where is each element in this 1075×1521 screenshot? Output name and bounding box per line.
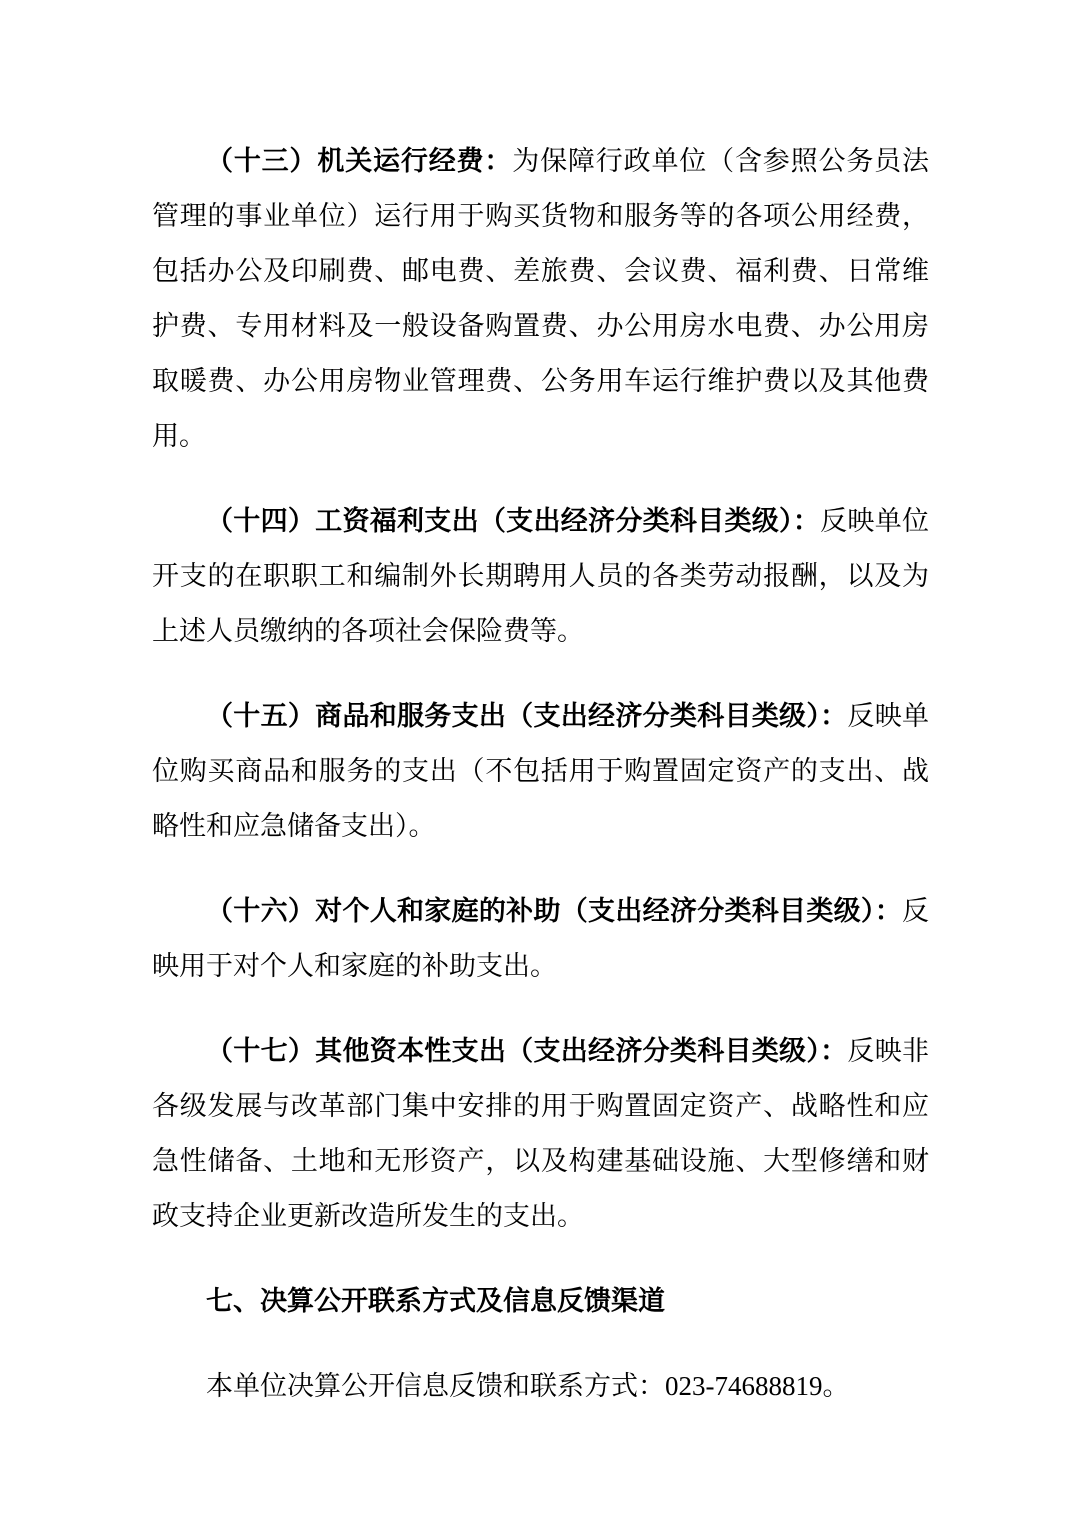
definition-paragraph-14: （十四）工资福利支出（支出经济分类科目类级）：反映单位开支的在职职工和编制外长期… (152, 494, 929, 659)
section-heading: 七、决算公开联系方式及信息反馈渠道 (152, 1274, 929, 1329)
definition-17-term: （十七）其他资本性支出（支出经济分类科目类级）： (206, 1036, 847, 1066)
definition-paragraph-17: （十七）其他资本性支出（支出经济分类科目类级）：反映非各级发展与改革部门集中安排… (152, 1024, 929, 1244)
contact-line: 本单位决算公开信息反馈和联系方式：023-74688819。 (152, 1359, 929, 1414)
definition-paragraph-15: （十五）商品和服务支出（支出经济分类科目类级）：反映单位购买商品和服务的支出（不… (152, 689, 929, 854)
definition-16-term: （十六）对个人和家庭的补助（支出经济分类科目类级）： (206, 896, 902, 926)
definition-paragraph-16: （十六）对个人和家庭的补助（支出经济分类科目类级）：反映用于对个人和家庭的补助支… (152, 884, 929, 994)
definition-13-term: （十三）机关运行经费： (206, 146, 512, 176)
definition-paragraph-13: （十三）机关运行经费：为保障行政单位（含参照公务员法管理的事业单位）运行用于购买… (152, 134, 929, 464)
document-page: （十三）机关运行经费：为保障行政单位（含参照公务员法管理的事业单位）运行用于购买… (0, 0, 1075, 1521)
definition-13-body: 为保障行政单位（含参照公务员法管理的事业单位）运行用于购买货物和服务等的各项公用… (152, 146, 929, 451)
definition-14-term: （十四）工资福利支出（支出经济分类科目类级）： (206, 506, 820, 536)
definition-15-term: （十五）商品和服务支出（支出经济分类科目类级）： (206, 701, 847, 731)
